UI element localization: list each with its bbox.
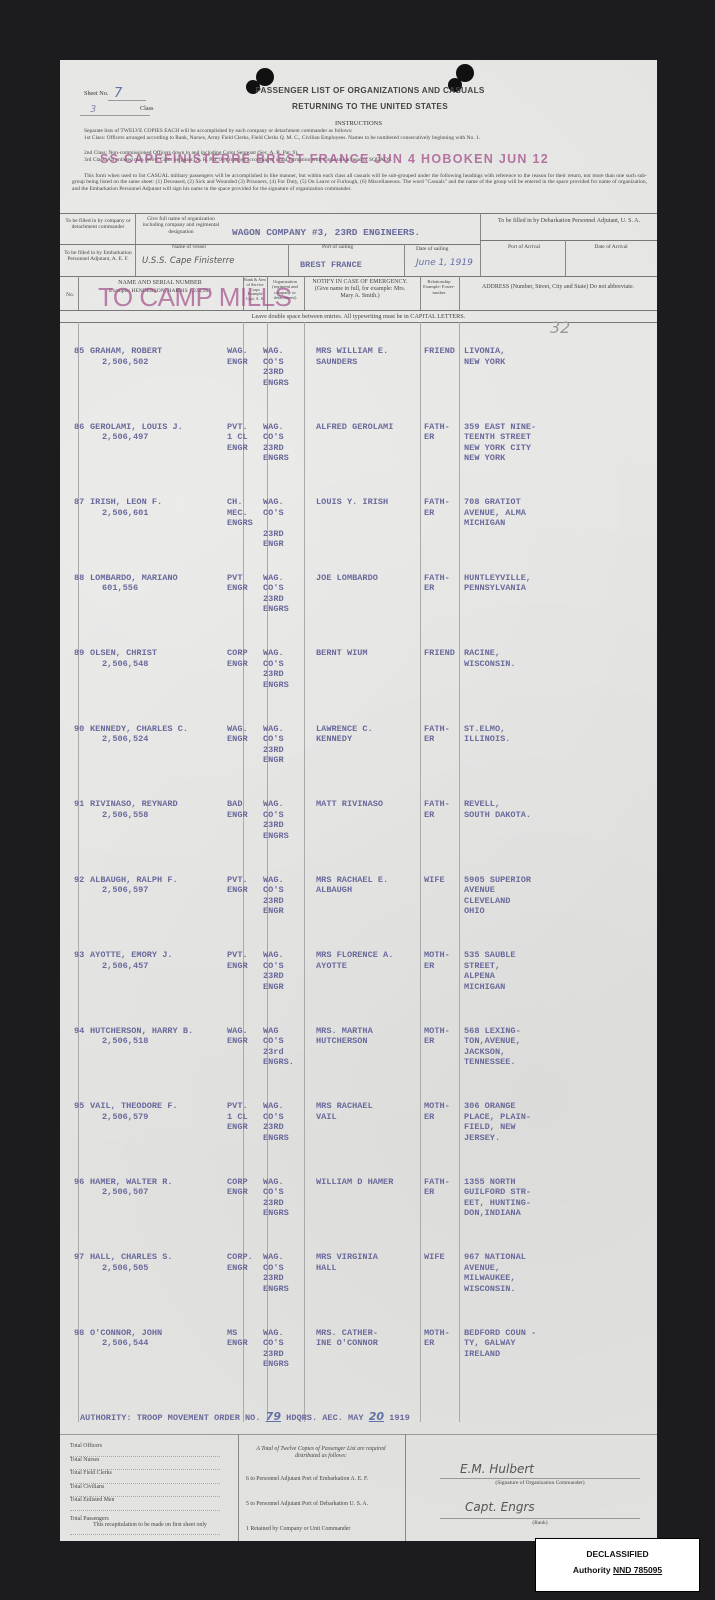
- entry-rank: WAG. ENGR: [227, 1026, 248, 1047]
- entry-number: 96: [74, 1177, 84, 1188]
- organization-label: Give full name of organization including…: [138, 216, 224, 235]
- entry-organization: WAG CO'S 23rd ENGRS.: [263, 1026, 294, 1068]
- entry-notify: ALFRED GEROLAMI: [316, 422, 393, 433]
- entry-name: O'CONNOR, JOHN: [90, 1328, 162, 1339]
- entry-serial: 2,506,502: [102, 357, 148, 368]
- entry-name: RIVINASO, REYNARD: [90, 799, 178, 810]
- entry-name: GRAHAM, ROBERT: [90, 346, 162, 357]
- entry-address: REVELL, SOUTH DAKOTA.: [464, 799, 531, 820]
- entry-number: 85: [74, 346, 84, 357]
- entry-serial: 2,506,548: [102, 659, 148, 670]
- entry-name: IRISH, LEON F.: [90, 497, 162, 508]
- entry-relationship: FATH- ER: [424, 1177, 450, 1198]
- authority-year: 1919: [389, 1413, 410, 1423]
- table-row: 90KENNEDY, CHARLES C.2,506,524WAG. ENGRW…: [60, 724, 657, 794]
- entry-notify: LOUIS Y. IRISH: [316, 497, 388, 508]
- column-header-relationship: Relationship Example: Foster-mother: [421, 279, 457, 295]
- table-row: 88LOMBARDO, MARIANO601,556PVT ENGRWAG. C…: [60, 573, 657, 643]
- entry-serial: 2,506,457: [102, 961, 148, 972]
- signature-label: (Signature of Organization Commander): [440, 1480, 640, 1486]
- entry-notify: MRS FLORENCE A. AYOTTE: [316, 950, 393, 971]
- instructions-para-2: This form when used to list CASUAL milit…: [72, 173, 647, 192]
- entry-rank: PVT. 1 CL ENGR: [227, 422, 248, 454]
- entry-organization: WAG. CO'S 23RD ENGRS: [263, 1252, 289, 1294]
- entry-address: 1355 NORTH GUILFORD STR- EET, HUNTING- D…: [464, 1177, 531, 1219]
- entry-notify: LAWRENCE C. KENNEDY: [316, 724, 373, 745]
- entry-number: 95: [74, 1101, 84, 1112]
- total-row: Total Civilians: [70, 1484, 220, 1498]
- entry-organization: WAG. CO'S 23RD ENGRS: [263, 1177, 289, 1219]
- entry-rank: PVT. ENGR: [227, 875, 248, 896]
- passenger-list-document: Sheet No. 7 Class 3 PASSENGER LIST OF OR…: [60, 60, 657, 1541]
- entry-relationship: MOTH- ER: [424, 950, 450, 971]
- instructions-heading: INSTRUCTIONS: [60, 120, 657, 128]
- entry-rank: WAG. ENGR: [227, 724, 248, 745]
- entry-organization: WAG. CO'S 23RD ENGR: [263, 875, 284, 917]
- entry-organization: WAG. CO'S 23RD ENGRS: [263, 346, 289, 388]
- debarkation-fill-label: To be filled in by Debarkation Personnel…: [485, 218, 653, 225]
- entry-organization: WAG. CO'S 23RD ENGR: [263, 724, 284, 766]
- vessel-label: Name of vessel: [172, 244, 206, 250]
- column-header-no: No.: [66, 292, 74, 298]
- entry-organization: WAG. CO'S 23RD ENGR: [263, 950, 284, 992]
- authority-prefix: AUTHORITY: TROOP MOVEMENT ORDER NO.: [80, 1413, 261, 1423]
- class-number: 3: [90, 104, 96, 115]
- class-label: Class: [140, 105, 153, 112]
- table-row: 86GEROLAMI, LOUIS J.2,506,497PVT. 1 CL E…: [60, 422, 657, 492]
- entry-address: 568 LEXING- TON,AVENUE, JACKSON, TENNESS…: [464, 1026, 521, 1068]
- entry-name: LOMBARDO, MARIANO: [90, 573, 178, 584]
- entry-notify: WILLIAM D HAMER: [316, 1177, 393, 1188]
- table-row: 92ALBAUGH, RALPH F.2,506,597PVT. ENGRWAG…: [60, 875, 657, 945]
- total-row: Total Nurses: [70, 1457, 220, 1471]
- entry-notify: MATT RIVINASO: [316, 799, 383, 810]
- entry-notify: MRS RACHAEL E. ALBAUGH: [316, 875, 388, 896]
- entry-name: GEROLAMI, LOUIS J.: [90, 422, 183, 433]
- declassified-authority: Authority NND 785095: [536, 1565, 699, 1575]
- entry-serial: 2,506,597: [102, 885, 148, 896]
- entry-rank: PVT. 1 CL ENGR: [227, 1101, 248, 1133]
- table-row: 98O'CONNOR, JOHN2,506,544MS ENGRWAG. CO'…: [60, 1328, 657, 1398]
- entry-rank: CORP ENGR: [227, 1177, 248, 1198]
- authority-line: AUTHORITY: TROOP MOVEMENT ORDER NO. 79 H…: [80, 1412, 410, 1424]
- entry-address: LIVONIA, NEW YORK: [464, 346, 505, 367]
- totals-list: Total OfficersTotal NursesTotal Field Cl…: [70, 1443, 232, 1535]
- entry-relationship: FATH- ER: [424, 573, 450, 594]
- order-number: 79: [266, 1410, 281, 1423]
- entry-serial: 2,506,497: [102, 432, 148, 443]
- distribution-heading: A Total of Twelve Copies of Passenger Li…: [246, 1446, 396, 1459]
- entry-notify: MRS VIRGINIA HALL: [316, 1252, 378, 1273]
- commander-signature: E.M. Hulbert: [460, 1462, 534, 1476]
- table-row: 94HUTCHERSON, HARRY B.2,506,518WAG. ENGR…: [60, 1026, 657, 1096]
- entry-address: BEDFORD COUN - TY, GALWAY IRELAND: [464, 1328, 536, 1360]
- title-line-2: RETURNING TO THE UNITED STATES: [210, 102, 530, 111]
- entry-rank: WAG. ENGR: [227, 346, 248, 367]
- table-row: 96HAMER, WALTER R.2,506,507CORP ENGRWAG.…: [60, 1177, 657, 1247]
- entry-serial: 2,506,601: [102, 508, 148, 519]
- entry-rank: PVT. ENGR: [227, 950, 248, 971]
- organization-value: WAGON COMPANY #3, 23RD ENGINEERS.: [232, 228, 420, 239]
- column-header-address: ADDRESS (Number, Street, City and State)…: [462, 284, 654, 291]
- entry-address: 708 GRATIOT AVENUE, ALMA MICHIGAN: [464, 497, 526, 529]
- entry-name: KENNEDY, CHARLES C.: [90, 724, 188, 735]
- entry-rank: BAD ENGR: [227, 799, 248, 820]
- entry-number: 94: [74, 1026, 84, 1037]
- port-of-arrival-label: Port of Arrival: [485, 244, 563, 250]
- entry-rank: CH. MEC. ENGRS: [227, 497, 253, 529]
- entry-notify: JOE LOMBARDO: [316, 573, 378, 584]
- entry-number: 87: [74, 497, 84, 508]
- column-header-notify: NOTIFY IN CASE OF EMERGENCY. (Give name …: [308, 279, 412, 300]
- date-of-arrival-label: Date of Arrival: [568, 244, 654, 250]
- entry-number: 92: [74, 875, 84, 886]
- total-row: Total Enlisted Men: [70, 1497, 220, 1511]
- entry-number: 89: [74, 648, 84, 659]
- entry-notify: MRS. MARTHA HUTCHERSON: [316, 1026, 373, 1047]
- sheet-label: Sheet No.: [84, 90, 108, 97]
- entry-number: 97: [74, 1252, 84, 1263]
- date-of-sailing-label: Date of sailing: [416, 246, 448, 252]
- port-of-sailing-value: BREST FRANCE: [300, 260, 362, 271]
- entry-rank: PVT ENGR: [227, 573, 248, 594]
- entry-organization: WAG. CO'S 23RD ENGRS: [263, 799, 289, 841]
- entry-name: AYOTTE, EMORY J.: [90, 950, 173, 961]
- entry-relationship: FATH- ER: [424, 724, 450, 745]
- entry-number: 86: [74, 422, 84, 433]
- authority-day: 20: [369, 1410, 384, 1423]
- table-row: 97HALL, CHARLES S.2,506,505CORP. ENGRWAG…: [60, 1252, 657, 1322]
- entry-rank: CORP ENGR: [227, 648, 248, 669]
- entry-address: RACINE, WISCONSIN.: [464, 648, 516, 669]
- entry-notify: BERNT WIUM: [316, 648, 368, 659]
- port-of-sailing-label: Port of sailing: [322, 244, 353, 250]
- entry-organization: WAG. CO'S 23RD ENGRS: [263, 573, 289, 615]
- entry-relationship: FATH- ER: [424, 422, 450, 443]
- entry-serial: 2,506,579: [102, 1112, 148, 1123]
- entry-relationship: MOTH- ER: [424, 1101, 450, 1122]
- instructions-class-1: 1st Class: Officers arranged according t…: [72, 135, 647, 141]
- embarkation-fill-label: To be filled in by Embarkation Personnel…: [64, 250, 132, 263]
- company-fill-label: To be filled in by company or detachment…: [64, 218, 132, 231]
- table-row: 91RIVINASO, REYNARD2,506,558BAD ENGRWAG.…: [60, 799, 657, 869]
- entry-serial: 2,506,518: [102, 1036, 148, 1047]
- authority-hq: HDQRS. AEC. MAY: [286, 1413, 363, 1423]
- entry-name: HALL, CHARLES S.: [90, 1252, 173, 1263]
- entry-rank: CORP. ENGR: [227, 1252, 253, 1273]
- entry-number: 93: [74, 950, 84, 961]
- table-row: 93AYOTTE, EMORY J.2,506,457PVT. ENGRWAG.…: [60, 950, 657, 1020]
- commander-rank: Capt. Engrs: [465, 1500, 535, 1514]
- title-line-1: PASSENGER LIST OF ORGANIZATIONS AND CASU…: [210, 86, 530, 95]
- entry-relationship: WIFE: [424, 1252, 445, 1263]
- page-mark: 32: [550, 318, 570, 337]
- entry-address: 5905 SUPERIOR AVENUE CLEVELAND OHIO: [464, 875, 531, 917]
- total-row: Total Field Clerks: [70, 1470, 220, 1484]
- entry-organization: WAG. CO'S 23RD ENGR: [263, 497, 284, 550]
- entry-serial: 2,506,505: [102, 1263, 148, 1274]
- entry-address: 306 ORANGE PLACE, PLAIN- FIELD, NEW JERS…: [464, 1101, 531, 1143]
- distribution-item-2: 5 to Personnel Adjutant Port of Debarkat…: [246, 1501, 396, 1508]
- rank-label: (Rank): [440, 1520, 640, 1526]
- entry-name: ALBAUGH, RALPH F.: [90, 875, 178, 886]
- entry-name: OLSEN, CHRIST: [90, 648, 157, 659]
- authority-code: NND 785095: [613, 1565, 662, 1575]
- table-row: 89OLSEN, CHRIST2,506,548CORP ENGRWAG. CO…: [60, 648, 657, 718]
- entry-serial: 2,506,558: [102, 810, 148, 821]
- distribution-item-1: 6 to Personnel Adjutant Port of Embarkat…: [246, 1476, 396, 1483]
- camp-mills-stamp: TO CAMP MILLS: [98, 282, 291, 313]
- declassified-label: DECLASSIFIED: [536, 1549, 699, 1559]
- sheet-number: 7: [114, 86, 122, 101]
- distribution-item-3: 1 Retained by Company or Unit Commander: [246, 1526, 396, 1533]
- entry-serial: 2,506,544: [102, 1338, 148, 1349]
- entry-relationship: FATH- ER: [424, 497, 450, 518]
- entry-address: 967 NATIONAL AVENUE, MILWAUKEE, WISCONSI…: [464, 1252, 526, 1294]
- entry-organization: WAG. CO'S 23RD ENGRS: [263, 1101, 289, 1143]
- entry-notify: MRS. CATHER- INE O'CONNOR: [316, 1328, 378, 1349]
- entry-number: 88: [74, 573, 84, 584]
- entry-serial: 2,506,507: [102, 1187, 148, 1198]
- entry-rank: MS ENGR: [227, 1328, 248, 1349]
- entry-organization: WAG. CO'S 23RD ENGRS: [263, 648, 289, 690]
- entry-number: 98: [74, 1328, 84, 1339]
- instructions-para-1: Separate lists of TWELVE COPIES EACH wil…: [72, 128, 647, 134]
- recap-note: This recapitulation to be made on first …: [70, 1522, 230, 1529]
- vessel-value: U.S.S. Cape Finisterre: [142, 256, 235, 266]
- port-stamp: SS CAPEFINISTERRE BREST FRANCE JUN 4 HOB…: [100, 152, 549, 166]
- entry-relationship: MOTH- ER: [424, 1328, 450, 1349]
- entry-relationship: FRIEND: [424, 346, 455, 357]
- declassified-stamp: DECLASSIFIED Authority NND 785095: [535, 1538, 700, 1592]
- entry-name: HUTCHERSON, HARRY B.: [90, 1026, 193, 1037]
- authority-prefix-label: Authority: [573, 1565, 611, 1575]
- entry-number: 90: [74, 724, 84, 735]
- table-row: 87IRISH, LEON F.2,506,601CH. MEC. ENGRSW…: [60, 497, 657, 567]
- total-row: Total Officers: [70, 1443, 220, 1457]
- entry-serial: 601,556: [102, 583, 138, 594]
- entry-relationship: FATH- ER: [424, 799, 450, 820]
- entry-name: VAIL, THEODORE F.: [90, 1101, 178, 1112]
- entry-address: 359 EAST NINE- TEENTH STREET NEW YORK CI…: [464, 422, 536, 464]
- table-row: 85GRAHAM, ROBERT2,506,502WAG. ENGRWAG. C…: [60, 346, 657, 416]
- entry-name: HAMER, WALTER R.: [90, 1177, 173, 1188]
- entry-relationship: MOTH- ER: [424, 1026, 450, 1047]
- entry-number: 91: [74, 799, 84, 810]
- entry-address: 535 SAUBLE STREET, ALPENA MICHIGAN: [464, 950, 516, 992]
- date-of-sailing-value: June 1, 1919: [416, 258, 473, 268]
- entry-organization: WAG. CO'S 23RD ENGRS: [263, 422, 289, 464]
- entry-address: ST.ELMO, ILLINOIS.: [464, 724, 510, 745]
- entry-serial: 2,506,524: [102, 734, 148, 745]
- entry-notify: MRS RACHAEL VAIL: [316, 1101, 373, 1122]
- entry-notify: MRS WILLIAM E. SAUNDERS: [316, 346, 388, 367]
- entry-relationship: WIFE: [424, 875, 445, 886]
- entry-relationship: FRIEND: [424, 648, 455, 659]
- entry-organization: WAG. CO'S 23RD ENGRS: [263, 1328, 289, 1370]
- entry-address: HUNTLEYVILLE, PENNSYLVANIA: [464, 573, 531, 594]
- table-row: 95VAIL, THEODORE F.2,506,579PVT. 1 CL EN…: [60, 1101, 657, 1171]
